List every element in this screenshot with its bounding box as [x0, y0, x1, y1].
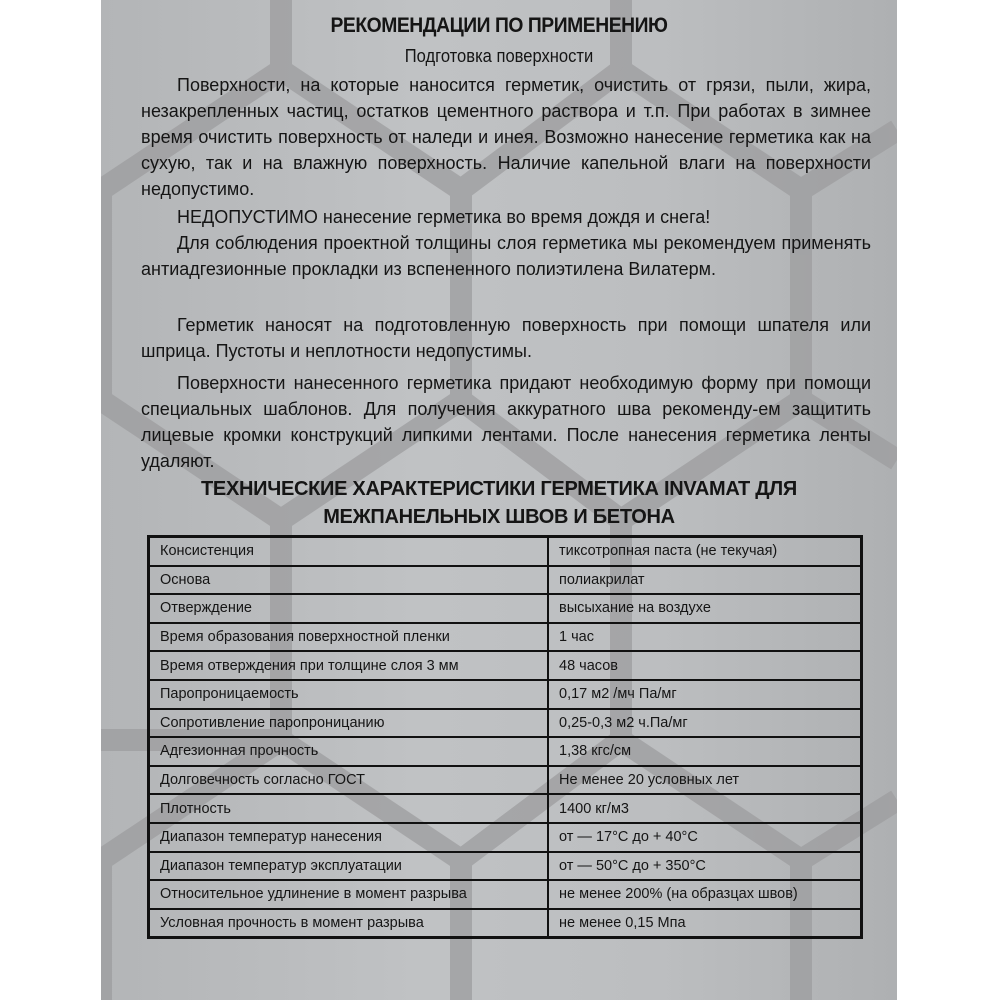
spec-value: 1400 кг/м3	[548, 794, 862, 823]
spec-value: 0,25-0,3 м2 ч.Па/мг	[548, 709, 862, 738]
paragraph-thickness: Для соблюдения проектной толщины слоя ге…	[141, 230, 871, 282]
table-row: Время образования поверхностной пленки1 …	[149, 623, 862, 652]
table-row: Сопротивление паропроницанию0,25-0,3 м2 …	[149, 709, 862, 738]
spec-property: Плотность	[149, 794, 549, 823]
spec-value: 0,17 м2 /мч Па/мг	[548, 680, 862, 709]
table-row: Отверждениевысыхание на воздухе	[149, 594, 862, 623]
spec-value: 1,38 кгс/см	[548, 737, 862, 766]
section-subtitle: Подготовка поверхности	[133, 46, 865, 67]
specs-title-line2: МЕЖПАНЕЛЬНЫХ ШВОВ И БЕТОНА	[101, 506, 897, 529]
spec-property: Основа	[149, 566, 549, 595]
spec-value: не менее 0,15 Мпа	[548, 909, 862, 938]
table-row: Диапазон температур нанесенияот — 17°С д…	[149, 823, 862, 852]
table-row: Долговечность согласно ГОСТНе менее 20 у…	[149, 766, 862, 795]
spec-value: тиксотропная паста (не текучая)	[548, 537, 862, 566]
table-row: Паропроницаемость0,17 м2 /мч Па/мг	[149, 680, 862, 709]
spec-value: не менее 200% (на образцах швов)	[548, 880, 862, 909]
table-row: Адгезионная прочность1,38 кгс/см	[149, 737, 862, 766]
spec-value: высыхание на воздухе	[548, 594, 862, 623]
spec-property: Условная прочность в момент разрыва	[149, 909, 549, 938]
paragraph-shaping: Поверхности нанесенного герметика придаю…	[141, 370, 871, 474]
page-title: РЕКОМЕНДАЦИИ ПО ПРИМЕНЕНИЮ	[133, 14, 865, 38]
spec-property: Сопротивление паропроницанию	[149, 709, 549, 738]
table-row: Время отверждения при толщине слоя 3 мм4…	[149, 651, 862, 680]
specs-title-line1: ТЕХНИЧЕСКИЕ ХАРАКТЕРИСТИКИ ГЕРМЕТИКА INV…	[101, 478, 897, 501]
spec-value: полиакрилат	[548, 566, 862, 595]
spec-value: от — 17°С до + 40°С	[548, 823, 862, 852]
document-content: РЕКОМЕНДАЦИИ ПО ПРИМЕНЕНИЮ Подготовка по…	[101, 0, 897, 1000]
table-row: Условная прочность в момент разрыване ме…	[149, 909, 862, 938]
table-row: Плотность1400 кг/м3	[149, 794, 862, 823]
spec-property: Относительное удлинение в момент разрыва	[149, 880, 549, 909]
spec-property: Консистенция	[149, 537, 549, 566]
table-row: Консистенциятиксотропная паста (не текуч…	[149, 537, 862, 566]
spec-property: Отверждение	[149, 594, 549, 623]
specs-table: Консистенциятиксотропная паста (не текуч…	[147, 535, 863, 939]
label-panel: РЕКОМЕНДАЦИИ ПО ПРИМЕНЕНИЮ Подготовка по…	[101, 0, 897, 1000]
spec-property: Диапазон температур нанесения	[149, 823, 549, 852]
spec-property: Адгезионная прочность	[149, 737, 549, 766]
spec-property: Паропроницаемость	[149, 680, 549, 709]
spec-property: Диапазон температур эксплуатации	[149, 852, 549, 881]
table-row: Относительное удлинение в момент разрыва…	[149, 880, 862, 909]
spec-value: 1 час	[548, 623, 862, 652]
spec-property: Долговечность согласно ГОСТ	[149, 766, 549, 795]
table-row: Диапазон температур эксплуатацииот — 50°…	[149, 852, 862, 881]
spec-property: Время образования поверхностной пленки	[149, 623, 549, 652]
paragraph-surface-prep: Поверхности, на которые наносится гермет…	[141, 72, 871, 202]
spec-property: Время отверждения при толщине слоя 3 мм	[149, 651, 549, 680]
spec-value: Не менее 20 условных лет	[548, 766, 862, 795]
spec-value: от — 50°С до + 350°С	[548, 852, 862, 881]
spec-value: 48 часов	[548, 651, 862, 680]
paragraph-application: Герметик наносят на подготовленную повер…	[141, 312, 871, 364]
table-row: Основаполиакрилат	[149, 566, 862, 595]
paragraph-warning: НЕДОПУСТИМО нанесение герметика во время…	[141, 204, 871, 230]
